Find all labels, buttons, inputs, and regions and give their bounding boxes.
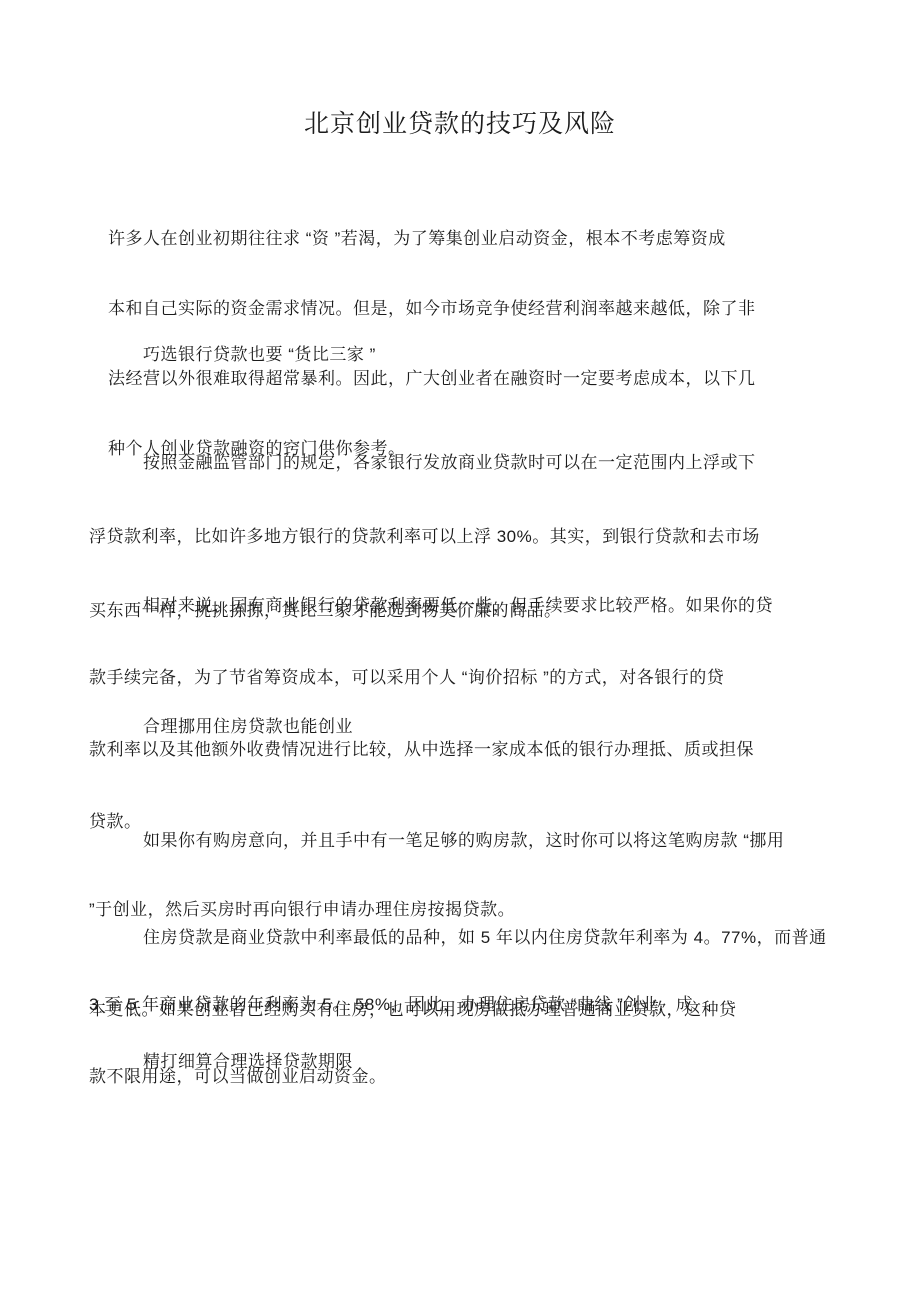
document-page: 北京创业贷款的技巧及风险 许多人在创业初期往往求 “资 ”若渴，为了筹集创业启动… [0, 0, 920, 1303]
paragraph-housing-loan-3: 本更低。如果创业者已经购买有住房，也可以用现房做抵办理普通商业贷款，这种贷 款不… [89, 956, 737, 1130]
text-line: 按照金融监管部门的规定，各家银行发放商业贷款时可以在一定范围内上浮或下 [89, 446, 760, 480]
text-line: 法经营以外很难取得超常暴利。因此，广大创业者在融资时一定要考虑成本，以下几 [108, 364, 756, 394]
document-title: 北京创业贷款的技巧及风险 [0, 108, 920, 140]
text-line: 许多人在创业初期往往求 “资 ”若渴，为了筹集创业启动资金，根本不考虑筹资成 [108, 224, 756, 254]
text-line: 本更低。如果创业者已经购买有住房，也可以用现房做抵办理普通商业贷款，这种贷 [89, 996, 737, 1023]
text-line: 住房贷款是商业贷款中利率最低的品种，如 5 年以内住房贷款年利率为 4。77%，… [89, 924, 827, 951]
section-heading-loan-term: 精打细算合理选择贷款期限 [143, 1050, 353, 1074]
section-heading-compare-banks: 巧选银行贷款也要 “货比三家 ” [143, 343, 376, 367]
text-line: 浮贷款利率，比如许多地方银行的贷款利率可以上浮 30%。其实，到银行贷款和去市场 [89, 520, 760, 554]
text-line: 本和自己实际的资金需求情况。但是，如今市场竞争使经营利润率越来越低，除了非 [108, 294, 756, 324]
text-line: 如果你有购房意向，并且手中有一笔足够的购房款，这时你可以将这笔购房款 “挪用 [89, 826, 784, 855]
text-line: 款手续完备，为了节省筹资成本，可以采用个人 “询价招标 ”的方式，对各银行的贷 [89, 662, 773, 694]
section-heading-housing-loan: 合理挪用住房贷款也能创业 [143, 715, 353, 739]
text-line: 相对来说，国有商业银行的贷款利率要低一些，但手续要求比较严格。如果你的贷 [89, 590, 773, 622]
